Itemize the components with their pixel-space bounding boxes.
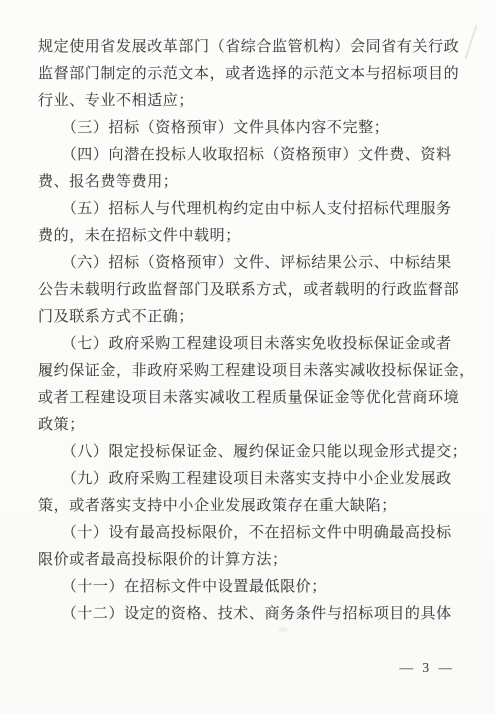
scanned-document-page: 规定使用省发展改革部门（省综合监管机构）会同省有关行政 监督部门制定的示范文本，… <box>0 0 495 714</box>
text-line: 规定使用省发展改革部门（省综合监管机构）会同省有关行政 <box>38 34 464 61</box>
text-line-item-12: （十二）设定的资格、技术、商务条件与招标项目的具体 <box>38 601 464 628</box>
text-line: 门及联系方式不正确； <box>38 304 464 331</box>
text-line-item-6: （六）招标（资格预审）文件、评标结果公示、中标结果 <box>38 250 464 277</box>
text-line: 履约保证金，非政府采购工程建设项目未落实减收投标保证金， <box>38 358 464 385</box>
text-line: 费的，未在招标文件中载明； <box>38 223 464 250</box>
text-line: 监督部门制定的示范文本，或者选择的示范文本与招标项目的 <box>38 61 464 88</box>
text-line-item-11: （十一）在招标文件中设置最低限价； <box>38 574 464 601</box>
document-body: 规定使用省发展改革部门（省综合监管机构）会同省有关行政 监督部门制定的示范文本，… <box>38 34 464 628</box>
text-line: 行业、专业不相适应； <box>38 88 464 115</box>
text-line: 费、报名费等费用； <box>38 169 464 196</box>
text-line: 公告未载明行政监督部门及联系方式，或者载明的行政监督部 <box>38 277 464 304</box>
page-number: — 3 — <box>0 658 455 678</box>
text-line-item-4: （四）向潜在投标人收取招标（资格预审）文件费、资料 <box>38 142 464 169</box>
text-line-item-9: （九）政府采购工程建设项目未落实支持中小企业发展政 <box>38 466 464 493</box>
text-line-item-10: （十）设有最高投标限价，不在招标文件中明确最高投标 <box>38 520 464 547</box>
text-line: 政策； <box>38 412 464 439</box>
text-line-item-8: （八）限定投标保证金、履约保证金只能以现金形式提交； <box>38 439 464 466</box>
text-line-item-7: （七）政府采购工程建设项目未落实免收投标保证金或者 <box>38 331 464 358</box>
text-line: 限价或者最高投标限价的计算方法； <box>38 547 464 574</box>
text-line: 策，或者落实支持中小企业发展政策存在重大缺陷； <box>38 493 464 520</box>
scan-artifact-mark <box>464 25 477 60</box>
text-line: 或者工程建设项目未落实减收工程质量保证金等优化营商环境 <box>38 385 464 412</box>
text-line-item-5: （五）招标人与代理机构约定由中标人支付招标代理服务 <box>38 196 464 223</box>
text-line-item-3: （三）招标（资格预审）文件具体内容不完整； <box>38 115 464 142</box>
